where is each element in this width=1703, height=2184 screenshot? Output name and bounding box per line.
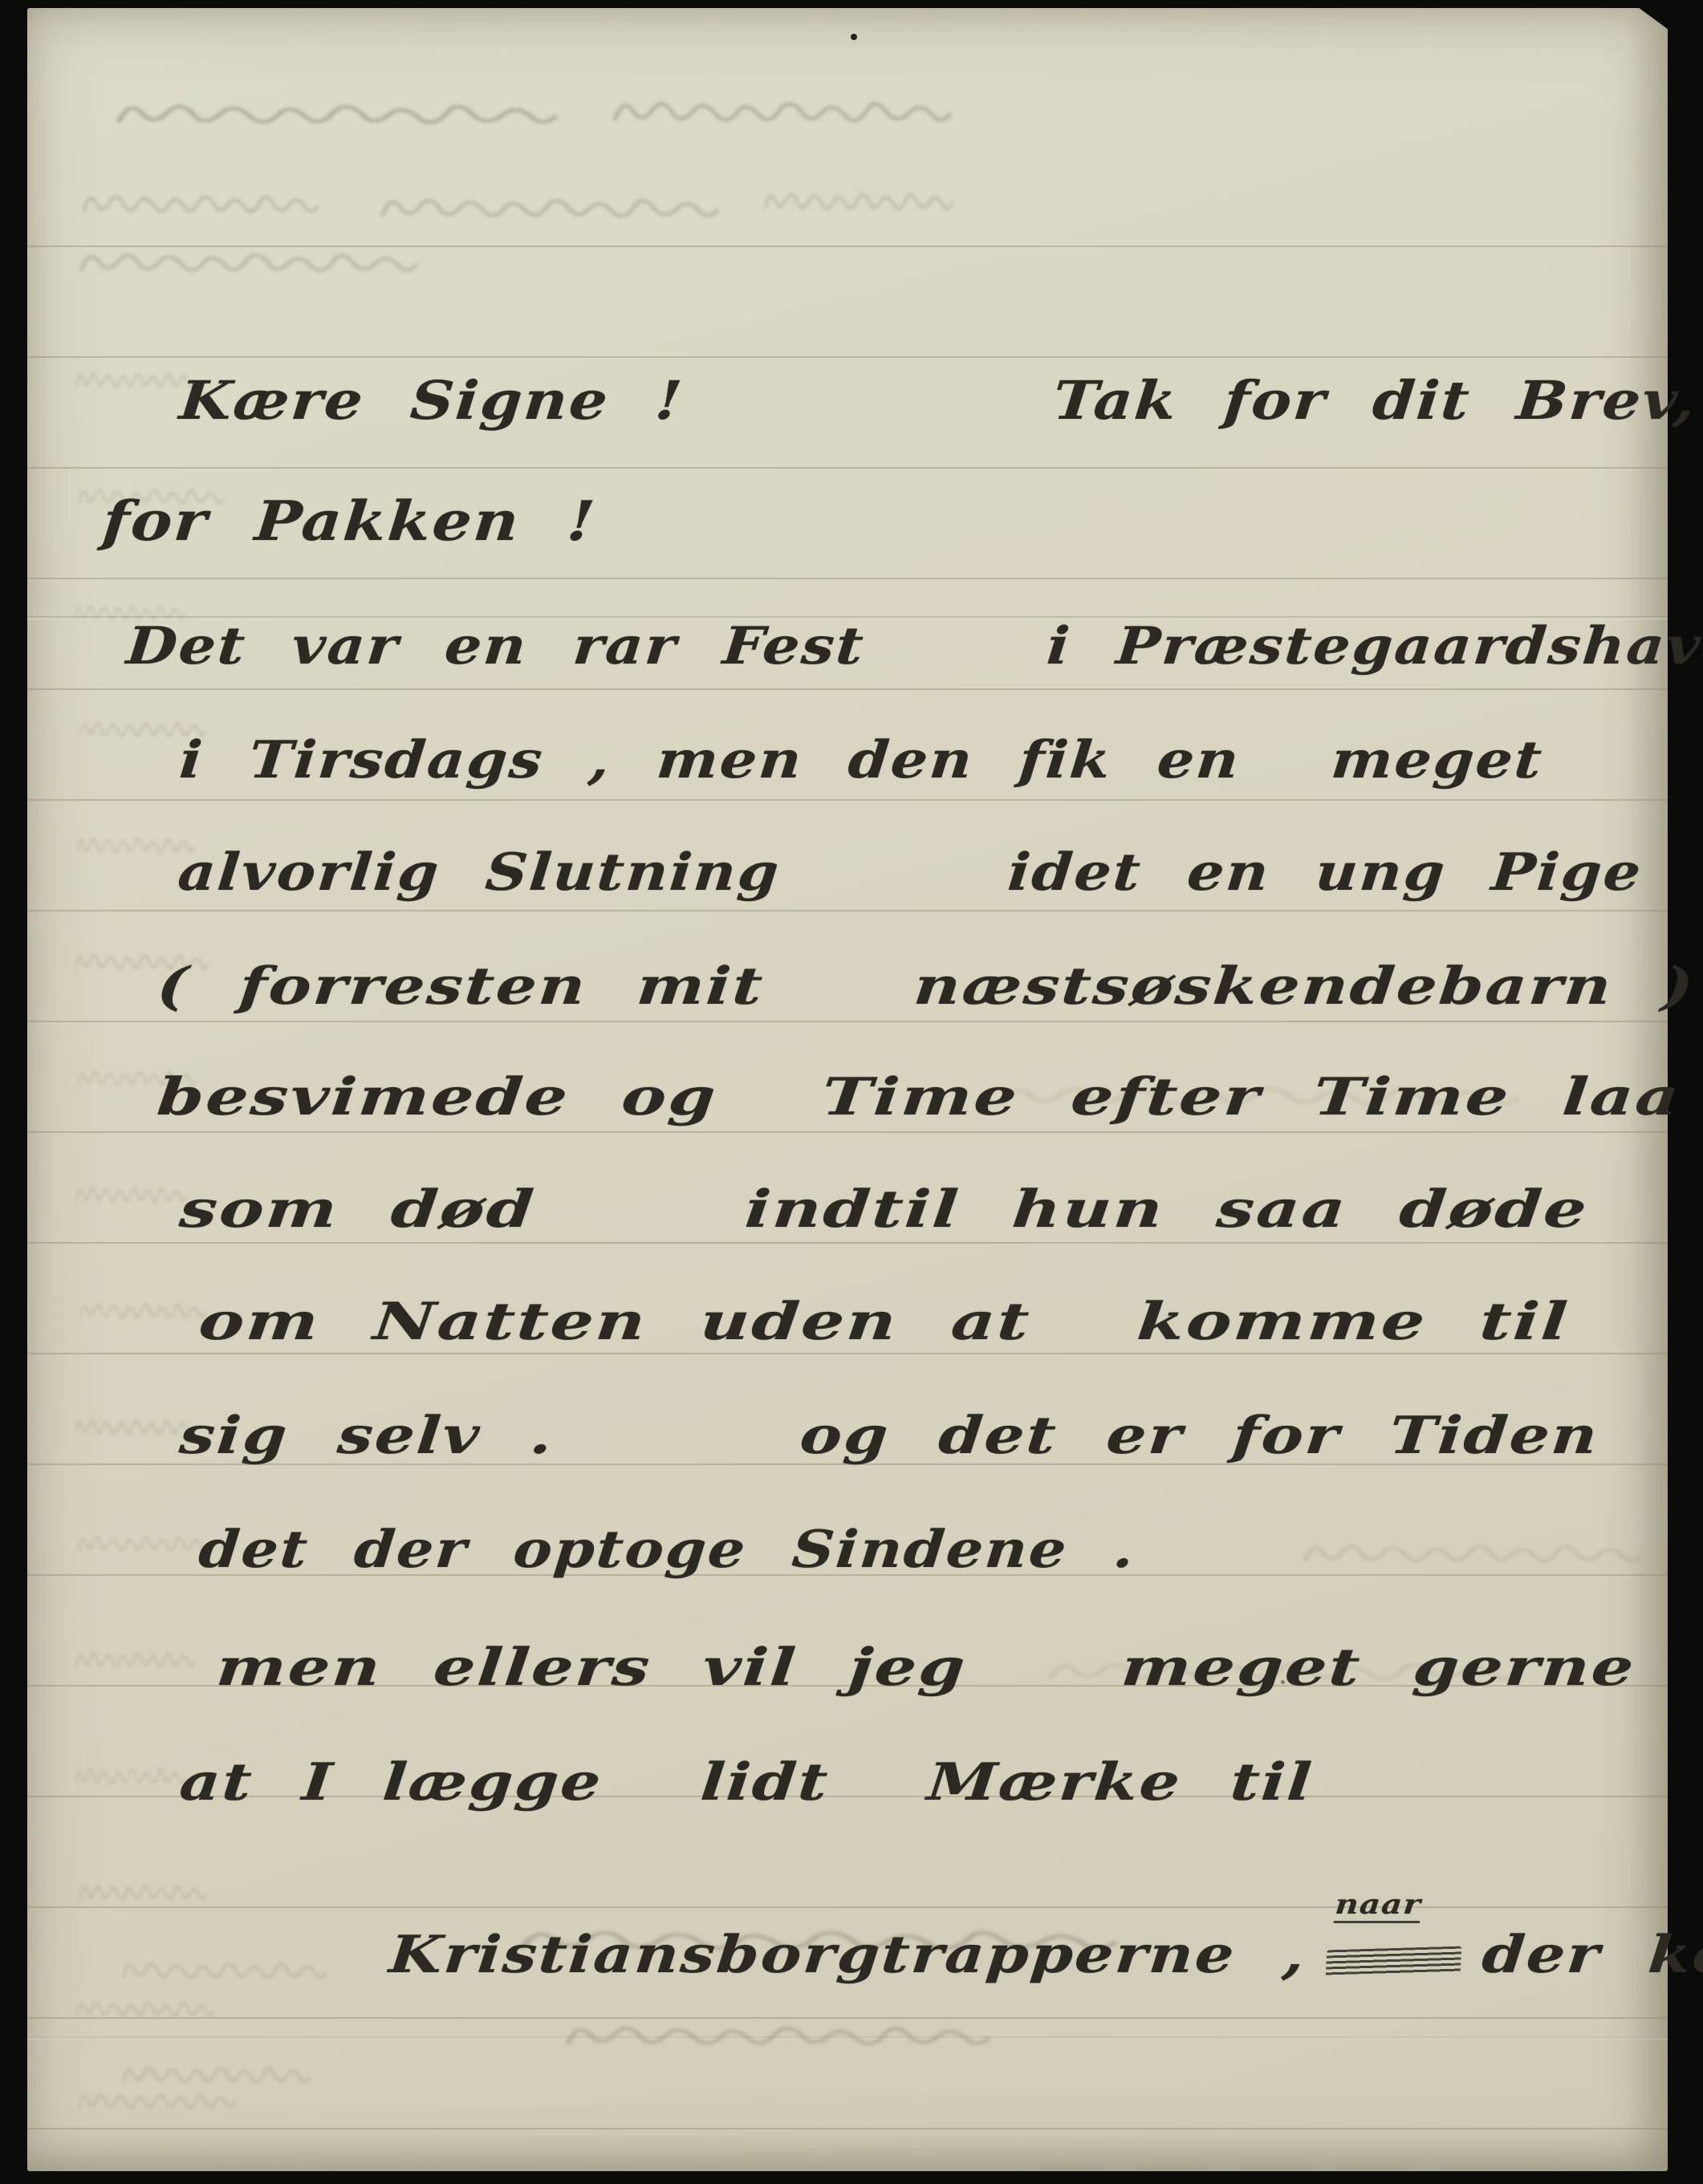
bleed-through-writing <box>75 1641 196 1676</box>
letter-line: Det var en rar Fest i Præstegaardshaven <box>124 619 1703 673</box>
bleed-through-writing <box>79 1292 207 1327</box>
bleed-through-writing <box>75 361 196 396</box>
letter-line-salutation: Kære Signe ! Tak for dit Brev, og <box>177 373 1703 428</box>
bleed-through-writing <box>1300 1531 1645 1573</box>
letter-line: om Natten uden at komme til <box>197 1295 1571 1349</box>
letter-line: for Pakken ! <box>100 493 599 550</box>
letter-line: det der optoge Sindene . <box>197 1523 1138 1577</box>
bleed-through-writing <box>76 239 421 282</box>
letter-line: i Tirsdags , men den fik en meget <box>177 733 1546 787</box>
bleed-through-writing <box>77 1524 209 1560</box>
scan-edge-corner <box>1638 7 1668 30</box>
inserted-word-above: naar <box>1334 1891 1423 1923</box>
letter-page: Kære Signe ! Tak for dit Brev, og for Pa… <box>27 8 1668 2171</box>
scanned-letter-screenshot: { "document": { "kind": "handwritten-let… <box>0 0 1703 2184</box>
bleed-through-writing <box>79 1873 207 1909</box>
letter-line-with-correction: Kristiansborgtrapperne ,naarder kommer <box>192 1874 1703 2036</box>
letter-line: at I lægge lidt Mærke til <box>177 1756 1315 1809</box>
handwritten-correction: naar <box>1325 1928 1464 1982</box>
bleed-through-writing <box>610 87 955 133</box>
bleed-through-writing <box>75 1175 188 1211</box>
bleed-through-writing <box>762 180 955 220</box>
crossed-out-word <box>1326 1947 1461 1978</box>
bleed-through-writing <box>112 90 562 135</box>
bleed-through-writing <box>75 826 196 862</box>
bleed-through-writing <box>77 2082 238 2117</box>
letter-line: ( forresten mit næstsøskendebarn ) <box>155 960 1697 1013</box>
bleed-through-writing <box>80 181 321 223</box>
bleed-through-writing <box>74 1757 186 1792</box>
ruled-lines <box>27 136 1668 2160</box>
letter-line: sig selv . og det er for Tiden <box>177 1409 1601 1463</box>
bleed-through-writing <box>74 1408 194 1443</box>
letter-line: besvimede og Time efter Time laa <box>155 1070 1683 1124</box>
ink-speck <box>851 34 857 40</box>
letter-line: men ellers vil jeg meget gerne <box>214 1641 1638 1695</box>
line14-text-after: der kommer <box>1480 1925 1703 1985</box>
bleed-through-writing <box>120 2054 313 2093</box>
bleed-through-writing <box>377 185 722 228</box>
letter-line: alvorlig Slutning idet en ung Pige <box>176 846 1644 899</box>
line14-text-before: Kristiansborgtrapperne , <box>387 1925 1309 1985</box>
letter-line: som død indtil hun saa døde <box>177 1183 1591 1236</box>
